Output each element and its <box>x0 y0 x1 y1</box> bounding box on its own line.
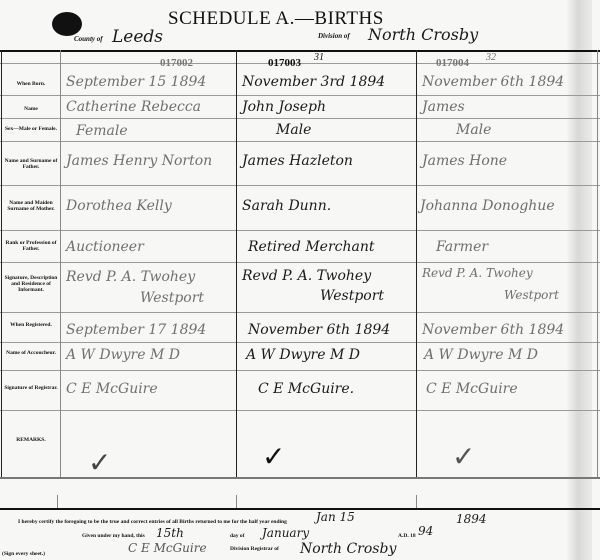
entry-father: James Henry Norton <box>66 153 212 169</box>
row-label-informant: Signature, Description and Residence of … <box>4 275 58 293</box>
row-label-when-born: When Born. <box>4 81 58 87</box>
entry-informant: Revd P. A. Twohey <box>242 268 371 284</box>
table-left-border <box>1 50 2 477</box>
entry-registrar: C E McGuire <box>66 381 158 397</box>
row-divider <box>0 370 600 371</box>
row-label-remarks: REMARKS. <box>4 437 58 443</box>
given-month: January <box>262 526 309 540</box>
column-border <box>236 50 237 477</box>
certification-ending-year: 1894 <box>456 512 487 526</box>
entry-informant-residence: Westport <box>320 288 384 304</box>
footer-rule <box>0 508 600 510</box>
entry-sex: Female <box>76 123 128 139</box>
entry-sex: Male <box>276 122 311 138</box>
page-edge-shadow <box>566 0 592 560</box>
entry-name: Catherine Rebecca <box>66 99 201 115</box>
table-right-border <box>597 50 598 477</box>
entry-father-profession: Auctioneer <box>66 239 144 255</box>
given-under-hand-text: Given under my hand, this <box>82 533 145 539</box>
entry-father-profession: Farmer <box>436 239 488 255</box>
row-divider <box>0 230 600 231</box>
row-divider <box>0 262 600 263</box>
ink-blot <box>52 12 82 36</box>
registrar-signature: C E McGuire <box>128 541 207 555</box>
entry-registrar: C E McGuire <box>426 381 518 397</box>
given-day: 15th <box>156 526 184 540</box>
entry-father: James Hone <box>422 153 507 169</box>
entry-name: John Joseph <box>242 99 326 115</box>
row-label-when-registered: When Registered. <box>4 322 58 328</box>
check-mark-icon: ✓ <box>88 446 111 479</box>
entry-accoucheur: A W Dwyre M D <box>66 347 180 363</box>
division-label: Division of <box>318 32 350 40</box>
entry-register-note: 31 <box>314 52 324 63</box>
entry-informant-residence: Westport <box>504 288 559 302</box>
given-year-suffix: 94 <box>418 524 433 538</box>
entry-father-profession: Retired Merchant <box>248 239 374 255</box>
entry-registrar: C E McGuire. <box>258 381 354 397</box>
entry-mother: Johanna Donoghue <box>420 198 555 214</box>
entry-informant-residence: Westport <box>140 290 204 306</box>
entry-register-note: 32 <box>486 52 496 63</box>
certification-text: I hereby certify the foregoing to be the… <box>18 519 287 525</box>
entry-name: James <box>422 99 465 115</box>
county-value: Leeds <box>112 27 163 47</box>
entry-sex: Male <box>456 122 491 138</box>
entry-when-registered: September 17 1894 <box>66 322 206 338</box>
row-label-sex: Sex—Male or Female. <box>4 126 58 132</box>
entry-mother: Sarah Dunn. <box>242 198 331 214</box>
entry-informant: Revd P. A. Twohey <box>66 269 195 285</box>
entry-when-registered: November 6th 1894 <box>248 322 390 338</box>
footer-tick <box>57 495 58 508</box>
row-label-father: Name and Surname of Father. <box>4 158 58 170</box>
row-divider <box>0 342 600 343</box>
birth-schedule-page: SCHEDULE A.—BIRTHS County of Leeds Divis… <box>0 0 600 560</box>
row-divider <box>0 118 600 119</box>
row-label-registrar: Signature of Registrar. <box>4 385 58 391</box>
entry-serial-number: 017004 <box>436 57 469 69</box>
check-mark-icon: ✓ <box>452 440 475 473</box>
division-value: North Crosby <box>368 25 478 44</box>
entry-informant: Revd P. A. Twohey <box>422 266 533 280</box>
row-label-accoucheur: Name of Accoucheur. <box>4 350 58 356</box>
day-of-text: day of <box>230 533 245 539</box>
entry-when-born: September 15 1894 <box>66 74 206 90</box>
row-divider <box>0 312 600 313</box>
row-label-name: Name <box>4 106 58 112</box>
label-column-border <box>60 50 61 477</box>
entry-when-registered: November 6th 1894 <box>422 322 564 338</box>
entry-mother: Dorothea Kelly <box>66 198 172 214</box>
entry-father: James Hazleton <box>242 153 353 169</box>
entry-accoucheur: A W Dwyre M D <box>424 347 538 363</box>
row-divider <box>0 185 600 186</box>
division-registrar-text: Division Registrar of <box>230 546 279 552</box>
row-divider <box>0 95 600 96</box>
sign-every-sheet-note: (Sign every sheet.) <box>2 551 45 557</box>
table-top-rule <box>0 50 600 52</box>
division-registrar-signature: North Crosby <box>300 541 396 557</box>
column-border <box>416 50 417 477</box>
entry-when-born: November 3rd 1894 <box>242 74 385 90</box>
entry-when-born: November 6th 1894 <box>422 74 564 90</box>
row-label-mother: Name and Maiden Surname of Mother. <box>4 200 58 212</box>
entry-serial-number: 017002 <box>160 57 193 69</box>
entry-serial-number: 017003 <box>268 57 301 69</box>
certification-ending-date: Jan 15 <box>316 510 355 524</box>
check-mark-icon: ✓ <box>262 440 285 473</box>
page-title: SCHEDULE A.—BIRTHS <box>168 8 384 30</box>
county-label: County of <box>74 35 103 43</box>
entry-accoucheur: A W Dwyre M D <box>246 347 360 363</box>
anno-domini-text: A.D. 18 <box>398 533 416 539</box>
row-divider <box>0 410 600 411</box>
row-label-father-profession: Rank or Profession of Father. <box>4 240 58 252</box>
footer-tick <box>416 495 417 508</box>
footer-tick <box>236 495 237 508</box>
row-divider <box>0 141 600 142</box>
